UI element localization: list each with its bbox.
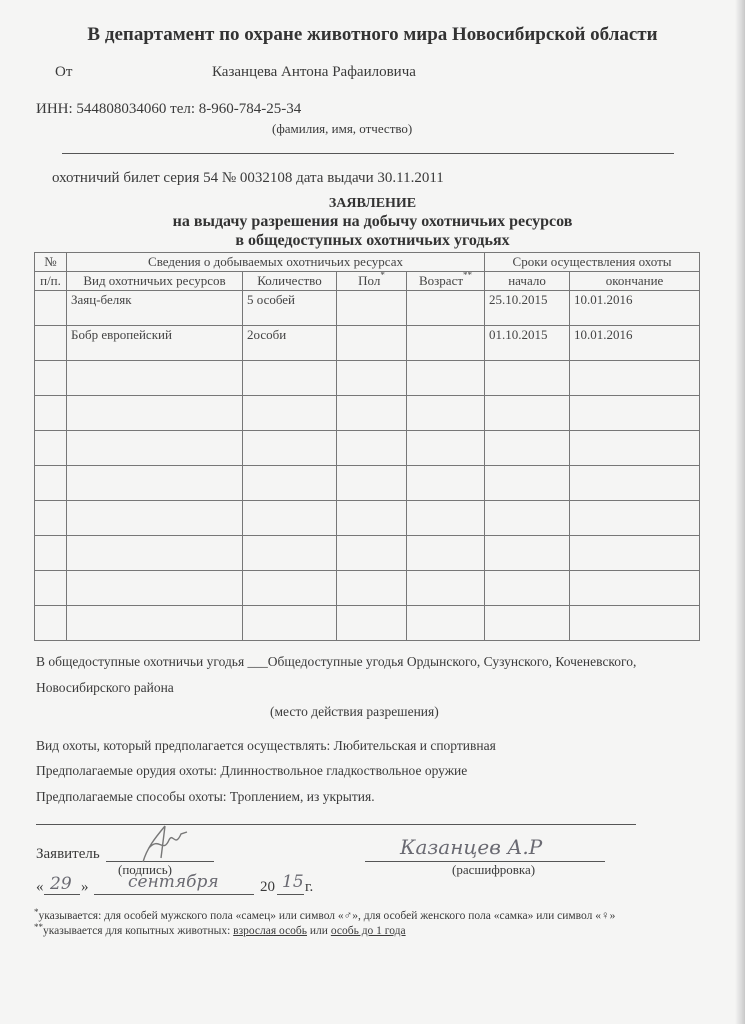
cell-quantity [243,431,337,466]
inn-phone: ИНН: 544808034060 тел: 8-960-784-25-34 [36,101,301,118]
cell-sex [337,396,407,431]
header-number-top: № [35,253,67,272]
cell-start: 01.10.2015 [485,326,570,361]
footnote-1: *указывается: для особей мужского пола «… [34,910,615,922]
year-line [277,894,304,895]
cell-quantity [243,501,337,536]
header-species: Вид охотничьих ресурсов [67,272,243,291]
cell-end [570,571,700,606]
table-row [35,501,700,536]
cell-species [67,466,243,501]
date-open-quote: « [36,879,44,896]
signature-scribble-icon [135,818,195,866]
cell-quantity [243,606,337,641]
scan-edge-shadow [735,0,745,1024]
cell-species [67,571,243,606]
cell-start [485,606,570,641]
header-age: Возраст** [407,272,485,291]
cell-age [407,291,485,326]
cell-start [485,501,570,536]
cell-num [35,291,67,326]
applicant-name: Казанцева Антона Рафаиловича [212,64,416,81]
cell-sex [337,431,407,466]
cell-end: 10.01.2016 [570,291,700,326]
cell-start [485,396,570,431]
cell-end: 10.01.2016 [570,326,700,361]
document-title: ЗАЯВЛЕНИЕ [0,196,745,212]
cell-species: Бобр европейский [67,326,243,361]
table-row [35,466,700,501]
decode-caption: (расшифровка) [452,862,535,878]
cell-num [35,571,67,606]
cell-age [407,571,485,606]
cell-end [570,501,700,536]
cell-end [570,396,700,431]
hunting-grounds-line1: В общедоступные охотничьи угодья ___Обще… [36,654,636,670]
date-month: сентября [128,872,219,892]
cell-num [35,396,67,431]
cell-sex [337,326,407,361]
cell-end [570,361,700,396]
cell-quantity: 5 особей [243,291,337,326]
cell-species [67,501,243,536]
date-close-quote: » [81,879,89,896]
cell-quantity [243,396,337,431]
hunting-ticket-line: охотничий билет серия 54 № 0032108 дата … [52,170,444,187]
cell-age [407,396,485,431]
cell-quantity [243,466,337,501]
table-row [35,361,700,396]
date-day-line [44,894,80,895]
cell-start [485,431,570,466]
cell-species [67,431,243,466]
hunt-type: Вид охоты, который предполагается осущес… [36,738,496,754]
cell-start [485,571,570,606]
year-prefix: 20 [260,879,275,896]
year-unit: г. [305,879,313,896]
cell-age [407,431,485,466]
date-day: 29 [50,874,72,894]
cell-num [35,466,67,501]
cell-end [570,466,700,501]
name-caption: (фамилия, имя, отчество) [272,121,412,137]
handwritten-name: Казанцев А.Р [400,835,542,859]
cell-num [35,501,67,536]
applicant-label: Заявитель [36,846,100,863]
document-subtitle-2: в общедоступных охотничьих угодьях [0,232,745,250]
cell-end [570,606,700,641]
cell-species [67,396,243,431]
cell-sex [337,466,407,501]
recipient-heading: В департамент по охране животного мира Н… [0,24,745,46]
cell-sex [337,291,407,326]
cell-sex [337,501,407,536]
cell-age [407,606,485,641]
header-start: начало [485,272,570,291]
hunt-methods: Предполагаемые способы охоты: Троплением… [36,789,375,805]
document-subtitle-1: на выдачу разрешения на добычу охотничьи… [0,213,745,231]
date-month-line [94,894,254,895]
header-sex: Пол* [337,272,407,291]
cell-sex [337,361,407,396]
header-period-group: Сроки осуществления охоты [485,253,700,272]
hunting-grounds-line2: Новосибирского района [36,680,174,696]
table-row: Заяц-беляк5 особей25.10.201510.01.2016 [35,291,700,326]
cell-sex [337,606,407,641]
signature-divider [36,824,636,825]
cell-end [570,431,700,466]
cell-age [407,361,485,396]
cell-age [407,536,485,571]
cell-start: 25.10.2015 [485,291,570,326]
cell-quantity [243,571,337,606]
cell-quantity [243,536,337,571]
cell-species: Заяц-беляк [67,291,243,326]
cell-num [35,361,67,396]
cell-start [485,361,570,396]
divider-line [62,153,674,154]
cell-age [407,501,485,536]
cell-start [485,466,570,501]
cell-num [35,326,67,361]
cell-species [67,361,243,396]
cell-age [407,326,485,361]
year-suffix: 15 [282,872,304,892]
footnote-2: **указывается для копытных животных: взр… [34,925,406,937]
cell-sex [337,536,407,571]
table-row [35,396,700,431]
table-row [35,536,700,571]
table-row [35,431,700,466]
header-quantity: Количество [243,272,337,291]
table-row [35,571,700,606]
header-end: окончание [570,272,700,291]
application-form-page: В департамент по охране животного мира Н… [0,0,745,1024]
header-number-bottom: п/п. [35,272,67,291]
hunt-tools: Предполагаемые орудия охоты: Длинноствол… [36,763,467,779]
cell-num [35,606,67,641]
header-resources-group: Сведения о добываемых охотничьих ресурса… [67,253,485,272]
cell-sex [337,571,407,606]
table-row [35,606,700,641]
cell-age [407,466,485,501]
cell-num [35,431,67,466]
cell-start [485,536,570,571]
resources-table: № Сведения о добываемых охотничьих ресур… [34,252,700,641]
table-row: Бобр европейский2особи01.10.201510.01.20… [35,326,700,361]
cell-quantity: 2особи [243,326,337,361]
cell-quantity [243,361,337,396]
from-label: От [55,64,72,81]
cell-species [67,606,243,641]
cell-end [570,536,700,571]
grounds-caption: (место действия разрешения) [270,704,439,720]
cell-species [67,536,243,571]
cell-num [35,536,67,571]
